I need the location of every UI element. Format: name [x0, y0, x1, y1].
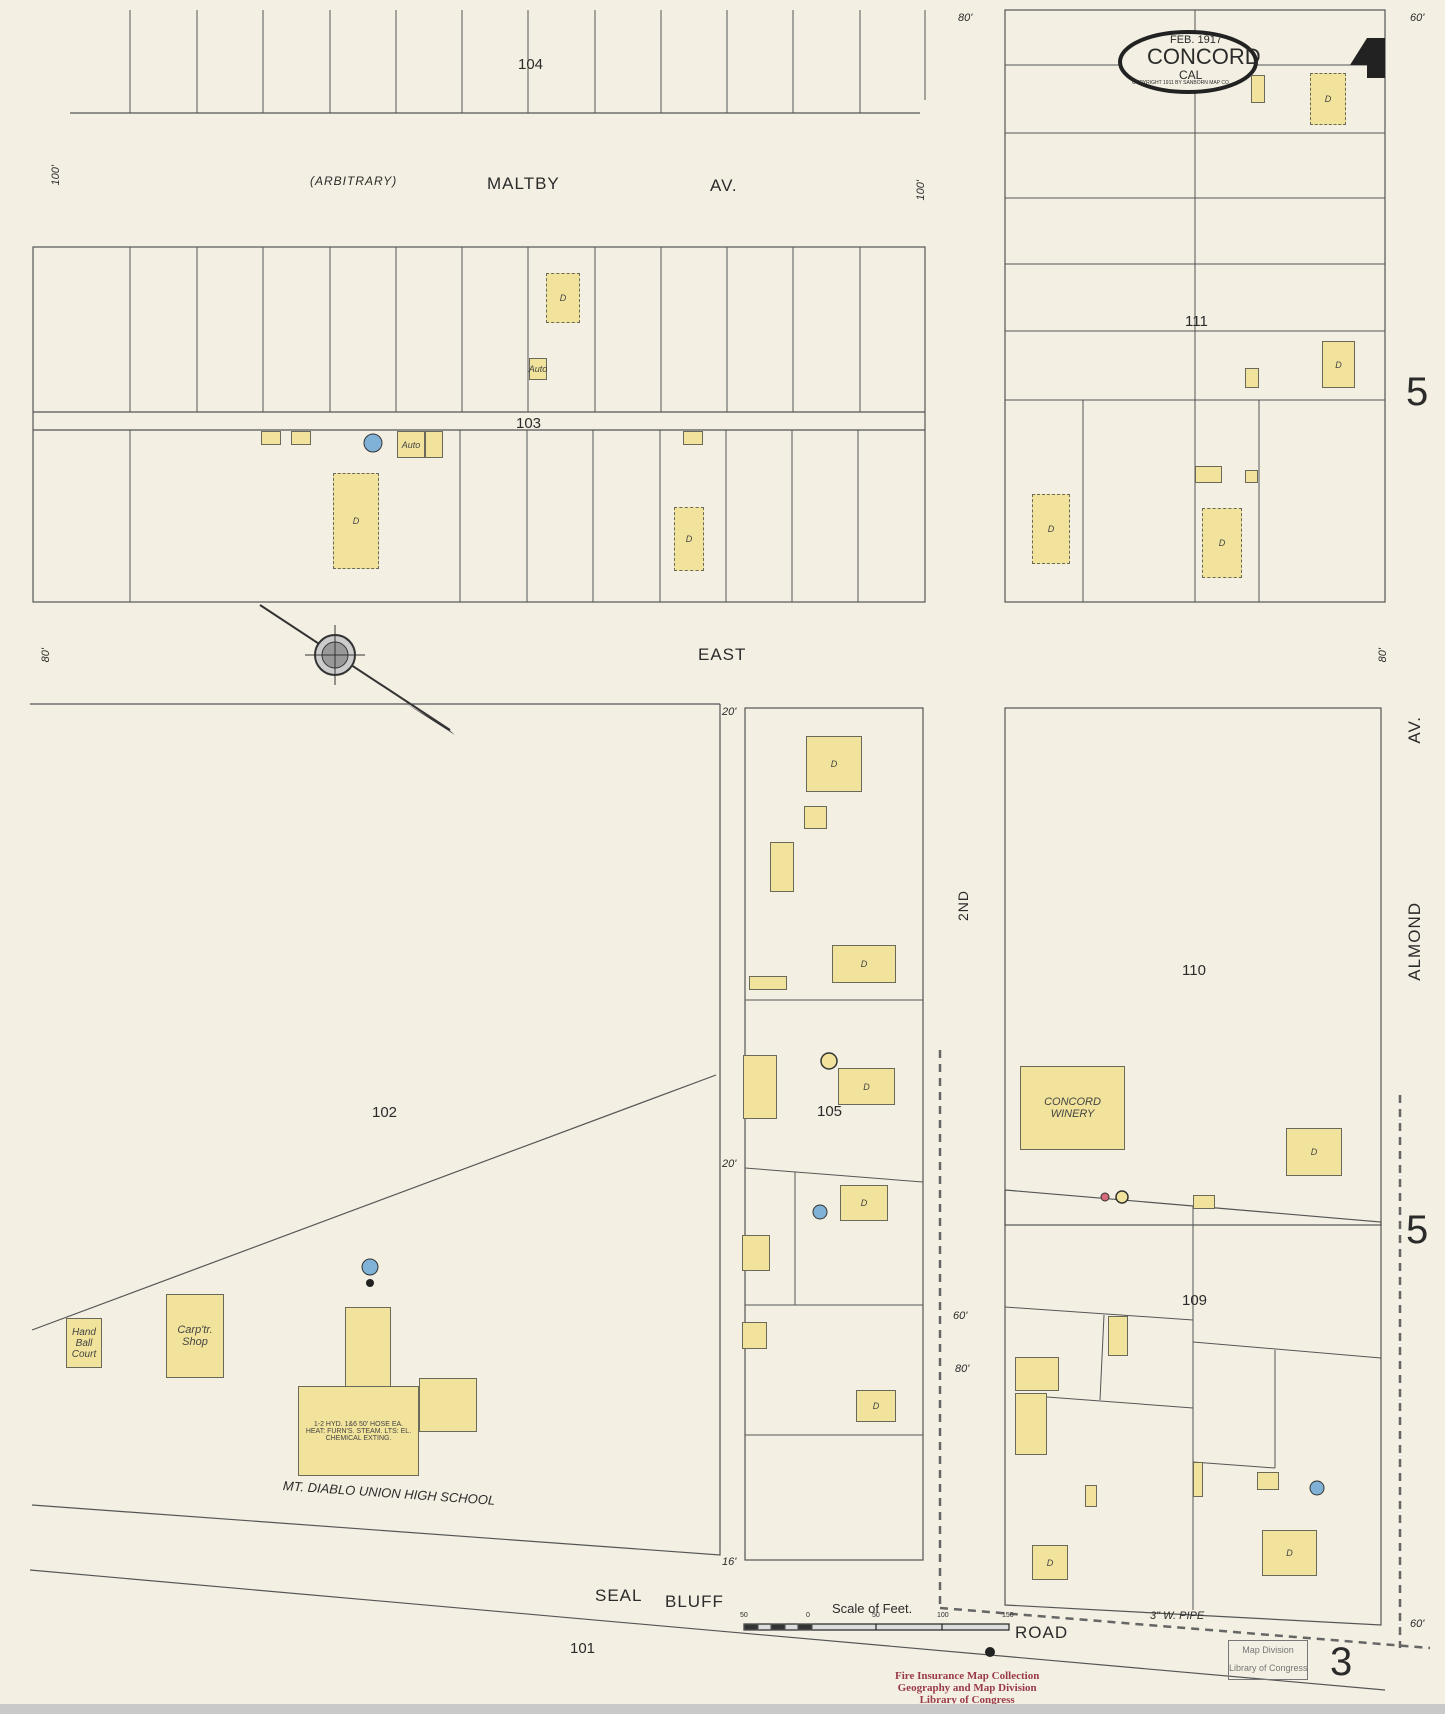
building-dwelling: D — [840, 1185, 888, 1221]
pipe-label: 3" W. PIPE — [1150, 1610, 1204, 1622]
street-almond-av: AV. — [1405, 716, 1425, 744]
block-109: 109 — [1182, 1292, 1207, 1309]
school-building-east-wing — [419, 1378, 477, 1432]
building-dwelling: D — [832, 945, 896, 983]
tank-icon — [821, 1053, 837, 1069]
street-seal: SEAL — [595, 1586, 642, 1606]
carp-shop-label: Shop — [182, 1336, 208, 1348]
scale-tick: 100 — [937, 1612, 949, 1619]
block-101: 101 — [570, 1640, 595, 1657]
building-dwelling: D — [838, 1068, 895, 1105]
block-103: 103 — [516, 415, 541, 432]
street-bluff: BLUFF — [665, 1592, 724, 1612]
building-dwelling: D — [1202, 508, 1242, 578]
winery-label-line2: WINERY — [1051, 1108, 1095, 1120]
width-label: 80' — [1377, 648, 1389, 662]
school-building-north-wing — [345, 1307, 391, 1392]
building-shed — [1193, 1462, 1203, 1497]
sheet-number-4-icon — [1350, 38, 1385, 78]
street-arbitrary: (ARBITRARY) — [310, 174, 397, 188]
school-building-main: 1-2 HYD. 1&6 50' HOSE EA. HEAT: FURN'S. … — [298, 1386, 419, 1476]
building-shed — [1085, 1485, 1097, 1507]
building-auto-garage: Auto — [397, 431, 425, 458]
scan-edge — [0, 1704, 1445, 1714]
width-label: 16' — [722, 1556, 736, 1568]
street-road: ROAD — [1015, 1623, 1068, 1643]
building-shed — [1245, 470, 1258, 483]
scale-tick: 150 — [1002, 1612, 1014, 1619]
building-shed — [683, 431, 703, 445]
building-outbuilding — [1251, 75, 1265, 103]
block-104: 104 — [518, 56, 543, 73]
width-label: 20' — [722, 1158, 736, 1170]
school-note: HEAT: FURN'S. STEAM. LTS: EL. — [306, 1428, 411, 1435]
block-111: 111 — [1185, 313, 1208, 330]
street-maltby: MALTBY — [487, 174, 560, 194]
block-102: 102 — [372, 1104, 397, 1121]
scale-tick: 50 — [740, 1612, 748, 1619]
building-stable-x — [1015, 1393, 1047, 1455]
handball-label: Court — [72, 1349, 96, 1360]
building-stable-x — [743, 1055, 777, 1119]
school-note: CHEMICAL EXTING. — [326, 1435, 392, 1442]
building-shed — [1193, 1195, 1215, 1209]
building-dwelling: D — [674, 507, 704, 571]
block-105: 105 — [817, 1103, 842, 1120]
stamp-line: Fire Insurance Map Collection — [895, 1670, 1039, 1682]
building-dwelling: D — [1262, 1530, 1317, 1576]
loc-collection-stamp: Fire Insurance Map Collection Geography … — [895, 1670, 1039, 1706]
width-label: 80' — [40, 648, 52, 662]
street-second: 2ND — [955, 890, 971, 921]
width-label: 100' — [915, 180, 927, 200]
building-dwelling: D — [1032, 494, 1070, 564]
building-concord-winery: CONCORD WINERY — [1020, 1066, 1125, 1150]
building-shed — [1195, 466, 1222, 483]
water-tank-icon — [1310, 1481, 1324, 1495]
width-label: 60' — [953, 1310, 967, 1322]
tank-icon — [1116, 1191, 1128, 1203]
scale-tick: 50 — [872, 1612, 880, 1619]
width-label: 60' — [1410, 1618, 1424, 1630]
map-copyright: COPYRIGHT 1911 BY SANBORN MAP CO. — [1132, 80, 1230, 86]
school-note: 1-2 HYD. 1&6 50' HOSE EA. — [314, 1421, 403, 1428]
stamp-line: Map Division — [1229, 1641, 1307, 1659]
building-stable-x — [742, 1235, 770, 1271]
water-tank-icon — [364, 434, 382, 452]
sanborn-map-sheet — [0, 0, 1445, 1714]
water-tank-icon — [362, 1259, 378, 1275]
winery-label-line1: CONCORD — [1044, 1096, 1101, 1108]
building-handball-court: Hand Ball Court — [66, 1318, 102, 1368]
building-dwelling: D — [856, 1390, 896, 1422]
stamp-line: Geography and Map Division — [895, 1682, 1039, 1694]
fire-hydrant-icon — [1101, 1193, 1109, 1201]
scale-tick: 0 — [806, 1612, 810, 1619]
building-shed — [291, 431, 311, 445]
building-stable-x — [1015, 1357, 1059, 1391]
building-shed — [804, 806, 827, 829]
building-stable-x — [742, 1322, 767, 1349]
water-tank-icon — [813, 1205, 827, 1219]
width-label: 60' — [1410, 12, 1424, 24]
building-auto-garage — [770, 842, 794, 892]
map-city: CONCORD — [1147, 44, 1261, 70]
hydrant-icon — [985, 1647, 995, 1657]
width-label: 80' — [958, 12, 972, 24]
building-dwelling: D — [1286, 1128, 1342, 1176]
building-dwelling: D — [546, 273, 580, 323]
adjacent-sheet-5-top: 5 — [1406, 370, 1428, 415]
building-shed — [1245, 368, 1259, 388]
building-shed — [1257, 1472, 1279, 1490]
building-shed — [1108, 1316, 1128, 1356]
handball-label: Hand — [72, 1327, 96, 1338]
handball-label: Ball — [76, 1338, 93, 1349]
stamp-line: Library of Congress — [1229, 1659, 1307, 1677]
width-label: 20' — [722, 706, 736, 718]
width-label: 100' — [50, 165, 62, 185]
hydrant-icon — [366, 1279, 374, 1287]
adjacent-sheet-3: 3 — [1330, 1640, 1352, 1685]
street-east: EAST — [698, 645, 746, 665]
building-dwelling: D — [806, 736, 862, 792]
adjacent-sheet-5-bottom: 5 — [1406, 1208, 1428, 1253]
building-shed — [261, 431, 281, 445]
building-dwelling: D — [1032, 1545, 1068, 1580]
map-division-stamp: Map Division Library of Congress — [1228, 1640, 1308, 1680]
compass-rose-icon — [260, 605, 455, 735]
building-dwelling: D — [333, 473, 379, 569]
building-auto-garage — [749, 976, 787, 990]
building-dwelling: D — [1310, 73, 1346, 125]
building-carpenter-shop: Carp'tr. Shop — [166, 1294, 224, 1378]
carp-shop-label: Carp'tr. — [177, 1324, 212, 1336]
building-auto-garage: Auto — [529, 358, 547, 380]
street-almond: ALMOND — [1405, 902, 1425, 981]
street-maltby-av: AV. — [710, 176, 738, 196]
block-110: 110 — [1182, 962, 1206, 979]
width-label: 80' — [955, 1363, 969, 1375]
building-dwelling: D — [1322, 341, 1355, 388]
building-shed-x — [425, 431, 443, 458]
